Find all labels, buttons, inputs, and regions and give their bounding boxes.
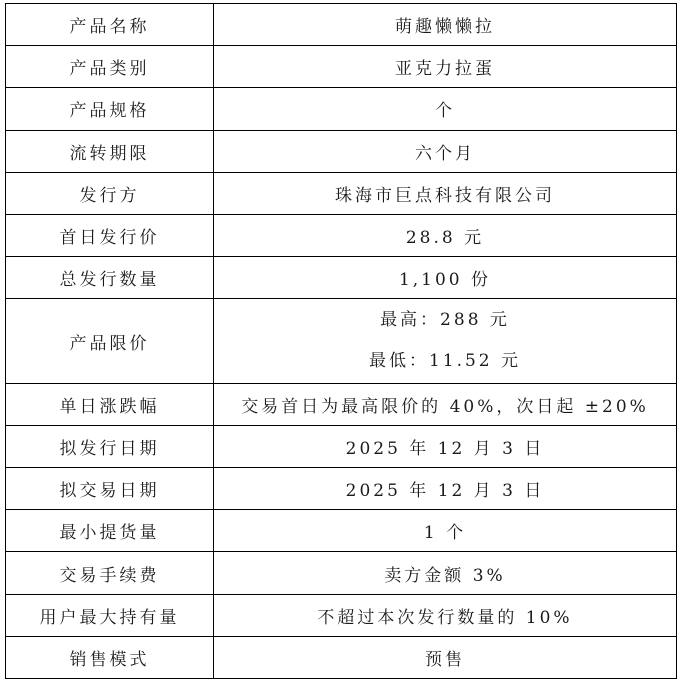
table-row-product-spec: 产品规格 个 <box>6 88 677 130</box>
row-value: 六个月 <box>214 130 677 172</box>
row-value: 卖方金额 3% <box>214 552 677 594</box>
row-value: 最高：288 元 最低：11.52 元 <box>214 299 677 383</box>
table-row-product-category: 产品类别 亚克力拉蛋 <box>6 46 677 88</box>
table-row-daily-change-limit: 单日涨跌幅 交易首日为最高限价的 40%，次日起 ±20% <box>6 383 677 425</box>
table-row-planned-trade-date: 拟交易日期 2025 年 12 月 3 日 <box>6 468 677 510</box>
row-label: 最小提货量 <box>6 510 214 552</box>
row-value: 28.8 元 <box>214 214 677 256</box>
row-label: 拟发行日期 <box>6 425 214 467</box>
table-row-price-limit: 产品限价 最高：288 元 最低：11.52 元 <box>6 299 677 383</box>
product-spec-table: 产品名称 萌趣懒懒拉 产品类别 亚克力拉蛋 产品规格 个 流转期限 六个月 发行… <box>5 3 677 679</box>
row-label: 产品名称 <box>6 4 214 46</box>
row-label: 产品规格 <box>6 88 214 130</box>
table-row-min-pickup-quantity: 最小提货量 1 个 <box>6 510 677 552</box>
table-row-planned-issue-date: 拟发行日期 2025 年 12 月 3 日 <box>6 425 677 467</box>
row-value: 不超过本次发行数量的 10% <box>214 594 677 636</box>
table-row-total-issue-quantity: 总发行数量 1,100 份 <box>6 257 677 299</box>
row-value: 萌趣懒懒拉 <box>214 4 677 46</box>
max-price: 最高：288 元 <box>214 300 676 341</box>
row-value: 交易首日为最高限价的 40%，次日起 ±20% <box>214 383 677 425</box>
row-label: 销售模式 <box>6 636 214 678</box>
row-label: 总发行数量 <box>6 257 214 299</box>
row-value: 1 个 <box>214 510 677 552</box>
row-value: 1,100 份 <box>214 257 677 299</box>
row-label: 用户最大持有量 <box>6 594 214 636</box>
row-value: 珠海市巨点科技有限公司 <box>214 172 677 214</box>
row-label: 发行方 <box>6 172 214 214</box>
min-price: 最低：11.52 元 <box>214 341 676 382</box>
row-label: 交易手续费 <box>6 552 214 594</box>
row-label: 产品类别 <box>6 46 214 88</box>
table-row-product-name: 产品名称 萌趣懒懒拉 <box>6 4 677 46</box>
row-label: 首日发行价 <box>6 214 214 256</box>
row-value: 2025 年 12 月 3 日 <box>214 425 677 467</box>
row-value: 2025 年 12 月 3 日 <box>214 468 677 510</box>
table-row-circulation-period: 流转期限 六个月 <box>6 130 677 172</box>
table-row-sales-mode: 销售模式 预售 <box>6 636 677 678</box>
row-label: 流转期限 <box>6 130 214 172</box>
table-row-trading-fee: 交易手续费 卖方金额 3% <box>6 552 677 594</box>
row-value: 亚克力拉蛋 <box>214 46 677 88</box>
table-row-max-holding: 用户最大持有量 不超过本次发行数量的 10% <box>6 594 677 636</box>
row-label: 单日涨跌幅 <box>6 383 214 425</box>
row-value: 预售 <box>214 636 677 678</box>
table-row-first-day-price: 首日发行价 28.8 元 <box>6 214 677 256</box>
row-value: 个 <box>214 88 677 130</box>
row-label: 产品限价 <box>6 299 214 383</box>
table-row-issuer: 发行方 珠海市巨点科技有限公司 <box>6 172 677 214</box>
row-label: 拟交易日期 <box>6 468 214 510</box>
